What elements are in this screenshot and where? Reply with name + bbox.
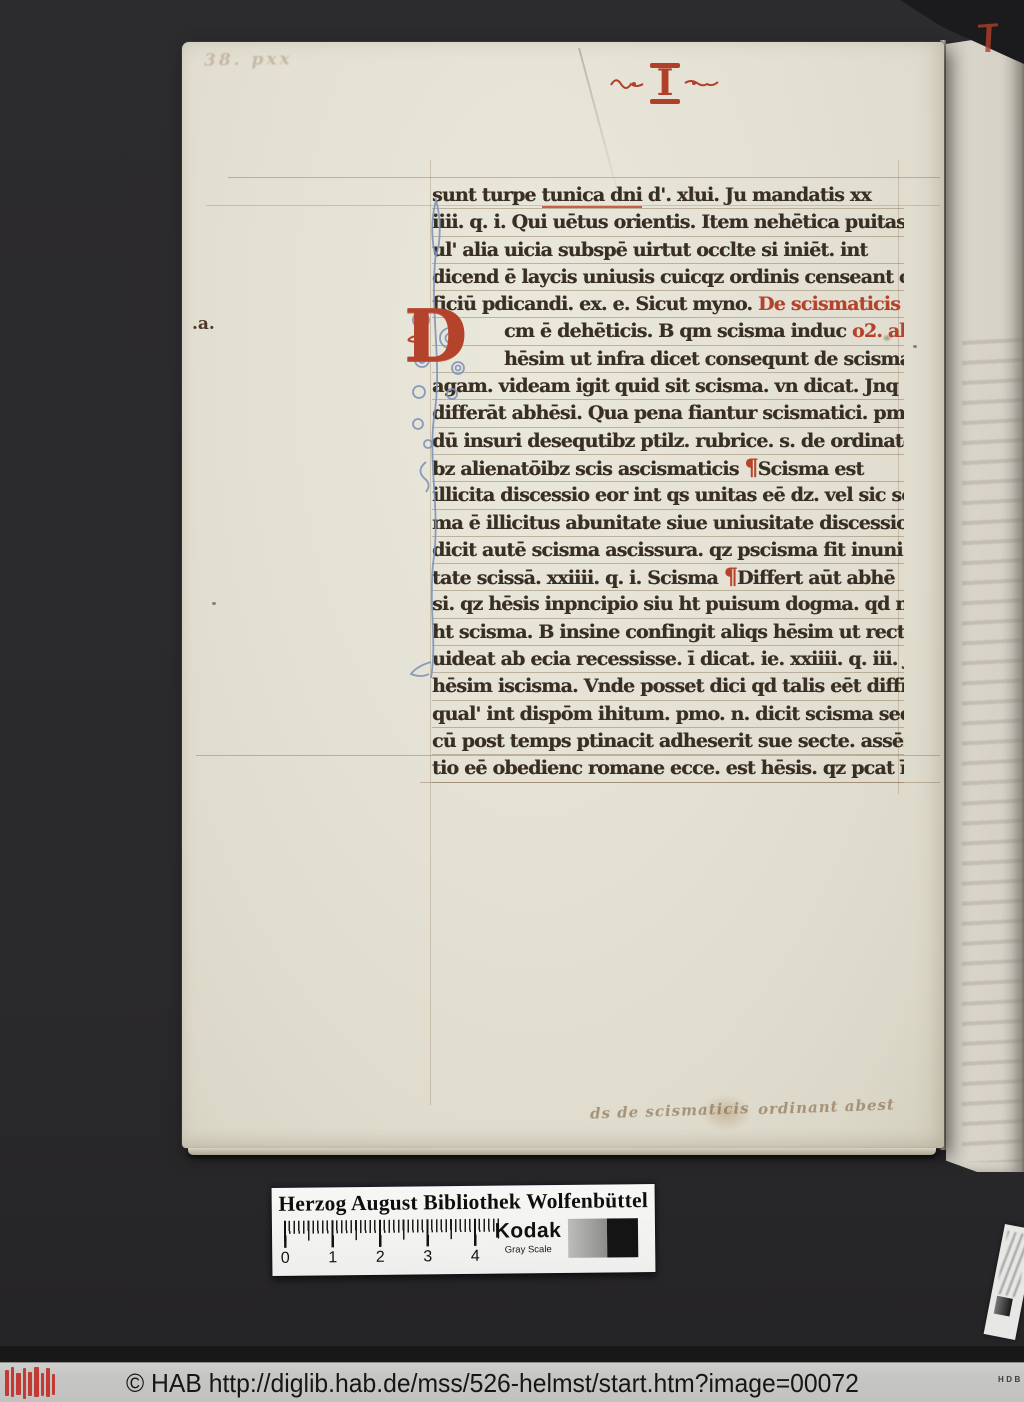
manuscript-line: hēsim iscisma. Vnde posset dici qd talis… — [432, 673, 904, 700]
ink-text: uideat ab ecia recessisse. ī dicat. ie. … — [432, 648, 904, 670]
ink-text: ma ē illicitus abunitate siue uniusitate… — [432, 512, 904, 534]
manuscript-line: ht scisma. B insine confingit aliqs hēsi… — [432, 619, 904, 646]
ink-text: d'. xlui. Ju mandatis xx — [642, 184, 871, 206]
ink-text: hēsim iscisma. Vnde posset dici qd talis… — [432, 675, 904, 697]
manuscript-line: tio eē obedienc romane ecce. est hēsis. … — [432, 755, 904, 782]
scanner-code: HDB — [998, 1375, 1023, 1384]
partial-label-facing-page — [984, 1224, 1024, 1340]
folio-numeral: I — [649, 63, 682, 103]
rubric-text: ¶ — [744, 455, 757, 481]
partial-label-gray-patch — [994, 1296, 1013, 1317]
manuscript-line: cū post temps ptinacit adheserit sue sec… — [432, 728, 904, 755]
manuscript-line: dicend ē laycis uniusis cuicqz ordinis c… — [432, 264, 904, 291]
ruler-number: 2 — [376, 1249, 385, 1267]
copyright-line: © HAB http://diglib.hab.de/mss/526-helms… — [126, 1368, 859, 1399]
ink-text: iiii. q. i. Qui uētus orientis. Item neh… — [432, 211, 904, 233]
ruler-number: 0 — [281, 1250, 290, 1268]
ink-text: tio eē obedienc romane ecce. est hēsis. … — [432, 757, 904, 779]
digitized-manuscript-photo: 38. pxx I .a. — [0, 0, 1024, 1402]
ink-speck — [212, 602, 216, 605]
gray-scale-patch-black — [607, 1218, 638, 1257]
rubric-text: o2. abeis. — [852, 320, 904, 342]
manuscript-line: cm ē dehēticis. B qm scisma induc o2. ab… — [432, 318, 904, 345]
facing-page-edge — [946, 32, 1024, 1172]
folio-numeral-ornament: I — [590, 58, 740, 108]
pen-flourish-decoration — [406, 192, 490, 682]
cursive-bottom-note-right: ordinant abest — [758, 1096, 895, 1119]
ink-text: agam. videam igit quid sit scisma. vn di… — [432, 375, 898, 397]
ink-text: Scisma est — [758, 458, 864, 480]
manuscript-line: hēsim ut infra dicet consequnt de scisma… — [432, 346, 904, 373]
manuscript-line: ul' alia uicia subspē uirtut occlte si i… — [432, 237, 904, 264]
ink-text: si. qz hēsis inpncipio siu ht puisum dog… — [432, 593, 904, 615]
ruler-ticks-cm — [284, 1219, 499, 1248]
ink-text: qual' int dispōm ihitum. pmo. n. dicit s… — [432, 703, 904, 725]
ink-text: tunica dni — [542, 184, 642, 209]
manuscript-line: ma ē illicitus abunitate siue uniusitate… — [432, 510, 904, 537]
ink-speck — [913, 345, 917, 348]
manuscript-line: sunt turpe tunica dni d'. xlui. Ju manda… — [432, 182, 904, 209]
ink-text: ht scisma. B insine confingit aliqs hēsi… — [432, 621, 904, 643]
cm-ruler: 01234 — [282, 1219, 503, 1271]
red-folio-mark-facing-page — [978, 22, 1000, 56]
manuscript-line: agam. videam igit quid sit scisma. vn di… — [432, 373, 904, 400]
manuscript-line: ficiū pdicandi. ex. e. Sicut myno. De sc… — [432, 291, 904, 318]
folio-left-squiggle-icon — [610, 76, 646, 90]
ink-text: dicend ē laycis uniusis cuicqz ordinis c… — [432, 266, 904, 288]
ruler-number: 3 — [423, 1248, 432, 1266]
ink-text: cū post temps ptinacit adheserit sue sec… — [432, 730, 904, 752]
rubric-text: ¶ — [724, 564, 737, 590]
ink-text: illicita discessio eor int qs unitas eē … — [432, 484, 904, 506]
text-block: sunt turpe tunica dni d'. xlui. Ju manda… — [432, 182, 904, 783]
manuscript-page: 38. pxx I .a. — [182, 42, 944, 1148]
color-control-mark — [5, 1366, 55, 1400]
library-name: Herzog August Bibliothek Wolfenbüttel — [272, 1188, 655, 1217]
partial-label-text-blur — [996, 1231, 1024, 1298]
copyright-bar: © HAB http://diglib.hab.de/mss/526-helms… — [0, 1362, 1024, 1402]
manuscript-line: qual' int dispōm ihitum. pmo. n. dicit s… — [432, 701, 904, 728]
ruling-line — [228, 177, 940, 178]
faded-shelfmark-inscription: 38. pxx — [204, 49, 293, 71]
manuscript-line: illicita discessio eor int qs unitas eē … — [432, 482, 904, 509]
ink-text: ul' alia uicia subspē uirtut occlte si i… — [432, 239, 867, 261]
cursive-bottom-note-left: ds de scismaticis — [590, 1099, 750, 1123]
ink-text: cm ē dehēticis. B qm scisma induc — [504, 320, 852, 342]
folio-right-squiggle-icon — [684, 76, 720, 90]
manuscript-line: dū insuri desequtibz ptilz. rubrice. s. … — [432, 428, 904, 455]
margin-quire-letter: .a. — [192, 314, 215, 334]
manuscript-line: uideat ab ecia recessisse. ī dicat. ie. … — [432, 646, 904, 673]
red-mark-stem — [985, 26, 991, 52]
manuscript-line: tate scissā. xxiiii. q. i. Scisma ¶Diffe… — [432, 564, 904, 591]
ruler-numbers: 01234 — [284, 1248, 499, 1268]
manuscript-line: differāt abhēsi. Qua pena fiantur scisma… — [432, 400, 904, 427]
manuscript-line: dicit autē scisma ascissura. qz pscisma … — [432, 537, 904, 564]
manuscript-line: iiii. q. i. Qui uētus orientis. Item neh… — [432, 209, 904, 236]
ink-text: Differt aūt abhē — [737, 567, 895, 589]
ink-text: differāt abhēsi. Qua pena fiantur scisma… — [432, 402, 904, 424]
ink-text: hēsim ut infra dicet consequnt de scisma… — [504, 348, 904, 370]
library-label-card: Herzog August Bibliothek Wolfenbüttel 01… — [272, 1184, 656, 1276]
decorated-initial: D — [404, 300, 466, 372]
kodak-brand: Kodak — [488, 1219, 568, 1244]
ruler-number: 4 — [471, 1248, 480, 1266]
ruler-number: 1 — [328, 1249, 337, 1267]
kodak-block: Kodak Gray Scale — [488, 1219, 568, 1256]
ink-text: dicit autē scisma ascissura. qz pscisma … — [432, 539, 903, 561]
bottom-dark-band — [0, 1346, 1024, 1362]
rubric-text: De scismaticis — [758, 293, 900, 315]
facing-page-faint-text — [962, 332, 1024, 1162]
kodak-gray-scale-label: Gray Scale — [488, 1244, 568, 1256]
ink-text: dū insuri desequtibz ptilz. rubrice. s. … — [432, 430, 904, 452]
manuscript-line: bz alienatōibz scis ascismaticis ¶Scisma… — [432, 455, 904, 482]
gray-scale-patch-gray — [568, 1218, 607, 1257]
manuscript-line: si. qz hēsis inpncipio siu ht puisum dog… — [432, 591, 904, 618]
